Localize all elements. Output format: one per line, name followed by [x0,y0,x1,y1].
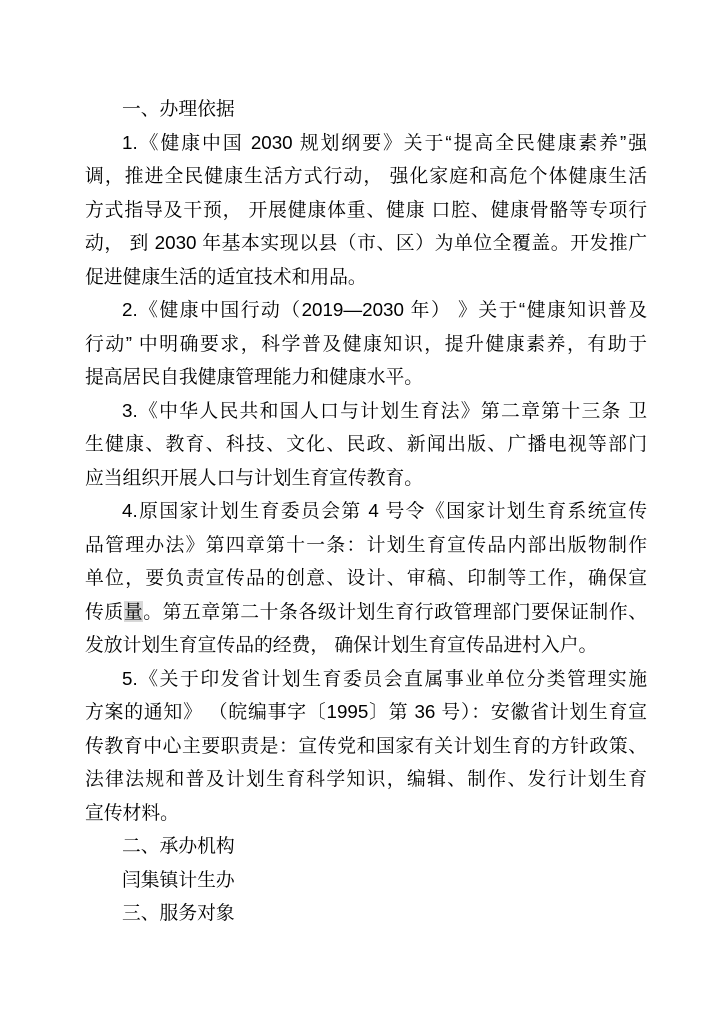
text-run: 促进健康生活的适宜技术和用品。 [85,266,367,287]
text-line: 1.《健康中国 2030 规划纲要》关于“提高全民健康素养”强 [85,126,647,160]
text-line: 发放计划生育宣传品的经费， 确保计划生育宣传品进村入户。 [85,628,647,662]
paragraph: 闫集镇计生办 [85,863,647,897]
text-run: 行动” 中明确要求，科学普及健康知识，提升健康素养，有助于 [85,333,647,354]
text-line: 一、办理依据 [85,92,647,126]
text-run: 三、服务对象 [122,902,235,923]
text-line: 调，推进全民健康生活方式行动， 强化家庭和高危个体健康生活 [85,159,647,193]
text-line: 闫集镇计生办 [85,863,647,897]
text-run: 方案的通知》 （皖编事字〔1995〕第 36 号）：安徽省计划生育宣 [85,701,647,722]
paragraph: 2.《健康中国行动（2019—2030 年） 》关于“健康知识普及行动” 中明确… [85,293,647,394]
text-run: 生健康、教育、科技、文化、民政、新闻出版、广播电视等部门 [85,433,647,454]
text-run: 品管理办法》第四章第十一条：计划生育宣传品内部出版物制作 [85,534,647,555]
text-line: 方式指导及干预， 开展健康体重、健康 口腔、健康骨骼等专项行 [85,193,647,227]
text-line: 行动” 中明确要求，科学普及健康知识，提升健康素养，有助于 [85,327,647,361]
text-run: 5.《关于印发省计划生育委员会直属事业单位分类管理实施 [122,668,647,689]
text-line: 二、承办机构 [85,829,647,863]
text-run: 发放计划生育宣传品的经费， 确保计划生育宣传品进村入户。 [85,634,597,655]
text-line: 传质量。第五章第二十条各级计划生育行政管理部门要保证制作、 [85,595,647,629]
text-run: 调，推进全民健康生活方式行动， 强化家庭和高危个体健康生活 [85,165,647,186]
text-run: 应当组织开展人口与计划生育宣传教育。 [85,467,423,488]
text-run: 单位，要负责宣传品的创意、设计、审稿、印制等工作，确保宣 [85,567,647,588]
text-run: 4.原国家计划生育委员会第 4 号令《国家计划生育系统宣传 [122,500,647,521]
text-run: 二、承办机构 [122,835,235,856]
text-run: 传教育中心主要职责是：宣传党和国家有关计划生育的方针政策、 [85,735,647,756]
text-line: 传教育中心主要职责是：宣传党和国家有关计划生育的方针政策、 [85,729,647,763]
text-line: 品管理办法》第四章第十一条：计划生育宣传品内部出版物制作 [85,528,647,562]
text-run: 宣传材料。 [85,802,179,823]
text-run: 闫集镇计生办 [122,869,235,890]
text-run: 传质 [85,601,124,622]
section-heading: 一、办理依据 [85,92,647,126]
document-content: 一、办理依据1.《健康中国 2030 规划纲要》关于“提高全民健康素养”强调，推… [85,92,647,930]
section-heading: 三、服务对象 [85,896,647,930]
text-run: 一、办理依据 [122,98,235,119]
text-line: 应当组织开展人口与计划生育宣传教育。 [85,461,647,495]
text-line: 生健康、教育、科技、文化、民政、新闻出版、广播电视等部门 [85,427,647,461]
section-heading: 二、承办机构 [85,829,647,863]
text-run: 方式指导及干预， 开展健康体重、健康 口腔、健康骨骼等专项行 [85,199,647,220]
highlighted-text: 量 [124,601,143,622]
text-line: 三、服务对象 [85,896,647,930]
text-line: 4.原国家计划生育委员会第 4 号令《国家计划生育系统宣传 [85,494,647,528]
text-line: 3.《中华人民共和国人口与计划生育法》第二章第十三条 卫 [85,394,647,428]
paragraph: 1.《健康中国 2030 规划纲要》关于“提高全民健康素养”强调，推进全民健康生… [85,126,647,294]
text-run: 1.《健康中国 2030 规划纲要》关于“提高全民健康素养”强 [122,132,647,153]
text-line: 促进健康生活的适宜技术和用品。 [85,260,647,294]
text-run: 提高居民自我健康管理能力和健康水平。 [85,366,423,387]
paragraph: 4.原国家计划生育委员会第 4 号令《国家计划生育系统宣传品管理办法》第四章第十… [85,494,647,662]
text-line: 2.《健康中国行动（2019—2030 年） 》关于“健康知识普及 [85,293,647,327]
text-line: 法律法规和普及计划生育科学知识，编辑、制作、发行计划生育 [85,762,647,796]
text-line: 5.《关于印发省计划生育委员会直属事业单位分类管理实施 [85,662,647,696]
text-line: 方案的通知》 （皖编事字〔1995〕第 36 号）：安徽省计划生育宣 [85,695,647,729]
text-run: 动， 到 2030 年基本实现以县（市、区）为单位全覆盖。开发推广 [85,232,647,253]
text-run: 法律法规和普及计划生育科学知识，编辑、制作、发行计划生育 [85,768,647,789]
text-run: 2.《健康中国行动（2019—2030 年） 》关于“健康知识普及 [122,299,647,320]
text-line: 动， 到 2030 年基本实现以县（市、区）为单位全覆盖。开发推广 [85,226,647,260]
paragraph: 5.《关于印发省计划生育委员会直属事业单位分类管理实施方案的通知》 （皖编事字〔… [85,662,647,830]
text-line: 提高居民自我健康管理能力和健康水平。 [85,360,647,394]
text-line: 单位，要负责宣传品的创意、设计、审稿、印制等工作，确保宣 [85,561,647,595]
text-run: 3.《中华人民共和国人口与计划生育法》第二章第十三条 卫 [122,400,647,421]
paragraph: 3.《中华人民共和国人口与计划生育法》第二章第十三条 卫生健康、教育、科技、文化… [85,394,647,495]
text-line: 宣传材料。 [85,796,647,830]
text-run: 。第五章第二十条各级计划生育行政管理部门要保证制作、 [143,601,647,622]
document-page: 一、办理依据1.《健康中国 2030 规划纲要》关于“提高全民健康素养”强调，推… [0,0,715,1011]
